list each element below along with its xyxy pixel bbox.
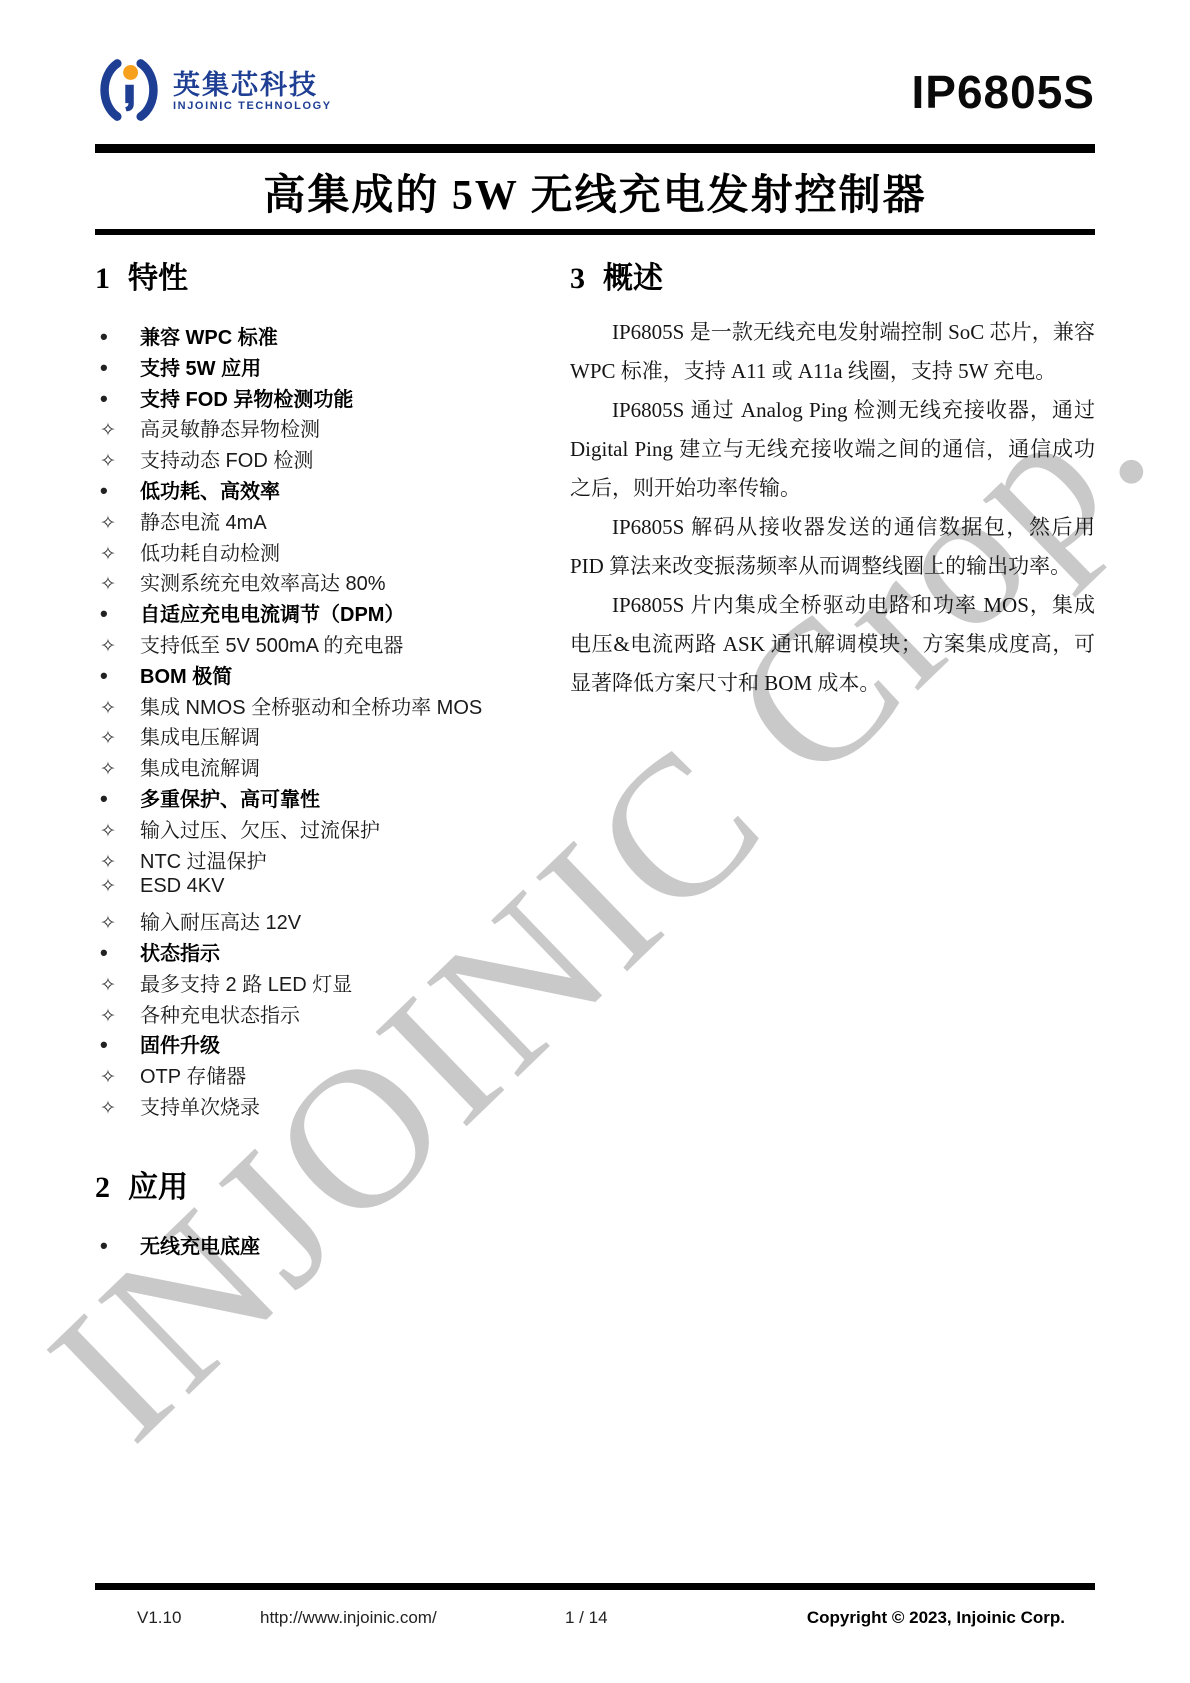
- applications-heading-text: 应用: [128, 1162, 188, 1206]
- diamond-icon: ✧: [95, 573, 140, 596]
- list-item: ✧ESD 4KV: [95, 875, 550, 906]
- overview-paragraph: IP6805S 片内集成全桥驱动电路和功率 MOS，集成电压&电流两路 ASK …: [570, 586, 1095, 703]
- overview-paragraph: IP6805S 解码从接收器发送的通信数据包，然后用 PID 算法来改变振荡频率…: [570, 508, 1095, 586]
- features-heading-text: 特性: [128, 253, 188, 297]
- list-item: ✧实测系统充电效率高达 80%: [95, 567, 550, 598]
- diamond-icon: ✧: [95, 820, 140, 843]
- diamond-icon: ✧: [95, 697, 140, 720]
- bullet-icon: •: [95, 355, 140, 381]
- bullet-icon: •: [95, 1032, 140, 1058]
- list-item-text: 支持单次烧录: [140, 1091, 260, 1120]
- diamond-icon: ✧: [95, 450, 140, 473]
- bullet-icon: •: [95, 324, 140, 350]
- page-footer: V1.10 http://www.injoinic.com/ 1 / 14 Co…: [95, 1583, 1095, 1648]
- list-item: ✧集成 NMOS 全桥驱动和全桥功率 MOS: [95, 691, 550, 722]
- list-item-text: 高灵敏静态异物检测: [140, 413, 320, 442]
- diamond-icon: ✧: [95, 635, 140, 658]
- list-item: ✧支持低至 5V 500mA 的充电器: [95, 629, 550, 660]
- footer-divider-bar: [95, 1583, 1095, 1590]
- list-item: •多重保护、高可靠性: [95, 783, 550, 814]
- list-item-text: BOM 极简: [140, 660, 232, 689]
- bullet-icon: •: [95, 786, 140, 812]
- list-item: ✧集成电流解调: [95, 752, 550, 783]
- diamond-icon: ✧: [95, 1097, 140, 1120]
- applications-heading-number: 2: [95, 1171, 110, 1205]
- datasheet-page: INJOINIC Crop. 英集芯科技 INJOINIC TECHNOLOGY: [0, 0, 1190, 1683]
- list-item: ✧输入耐压高达 12V: [95, 906, 550, 937]
- list-item-text: 兼容 WPC 标准: [140, 321, 278, 350]
- list-item-text: 集成 NMOS 全桥驱动和全桥功率 MOS: [140, 691, 482, 720]
- list-item: •状态指示: [95, 937, 550, 968]
- list-item-text: 多重保护、高可靠性: [140, 783, 320, 812]
- list-item-text: 状态指示: [140, 937, 220, 966]
- footer-url: http://www.injoinic.com/: [260, 1608, 437, 1628]
- diamond-icon: ✧: [95, 512, 140, 535]
- bullet-icon: •: [95, 663, 140, 689]
- list-item-text: 输入过压、欠压、过流保护: [140, 814, 380, 843]
- list-item-text: 输入耐压高达 12V: [140, 906, 301, 935]
- list-item-text: 低功耗、高效率: [140, 475, 280, 504]
- bullet-icon: •: [95, 601, 140, 627]
- list-item-text: 静态电流 4mA: [140, 506, 267, 535]
- diamond-icon: ✧: [95, 419, 140, 442]
- features-heading-number: 1: [95, 262, 110, 296]
- features-list: •兼容 WPC 标准•支持 5W 应用•支持 FOD 异物检测功能✧高灵敏静态异…: [95, 321, 550, 1122]
- diamond-icon: ✧: [95, 727, 140, 750]
- overview-heading-text: 概述: [603, 253, 663, 297]
- list-item-text: ESD 4KV: [140, 875, 224, 898]
- list-item-text: 支持 FOD 异物检测功能: [140, 383, 353, 412]
- list-item: •固件升级: [95, 1029, 550, 1060]
- list-item-text: 自适应充电电流调节（DPM）: [140, 598, 404, 627]
- list-item: ✧各种充电状态指示: [95, 999, 550, 1030]
- list-item: ✧最多支持 2 路 LED 灯显: [95, 968, 550, 999]
- list-item-text: 支持动态 FOD 检测: [140, 444, 313, 473]
- list-item-text: 支持 5W 应用: [140, 352, 261, 381]
- list-item-text: NTC 过温保护: [140, 845, 267, 874]
- diamond-icon: ✧: [95, 875, 140, 898]
- part-number: IP6805S: [912, 65, 1095, 119]
- bullet-icon: •: [95, 940, 140, 966]
- list-item-text: 支持低至 5V 500mA 的充电器: [140, 629, 403, 658]
- list-item: •兼容 WPC 标准: [95, 321, 550, 352]
- company-name-en: INJOINIC TECHNOLOGY: [173, 99, 332, 113]
- applications-section: 2 应用 •无线充电底座: [95, 1162, 550, 1264]
- list-item: ✧输入过压、欠压、过流保护: [95, 814, 550, 845]
- list-item-text: 集成电压解调: [140, 721, 260, 750]
- list-item-text: 无线充电底座: [140, 1230, 260, 1259]
- list-item: ✧高灵敏静态异物检测: [95, 413, 550, 444]
- list-item-text: 各种充电状态指示: [140, 999, 300, 1028]
- diamond-icon: ✧: [95, 758, 140, 781]
- list-item-text: 集成电流解调: [140, 752, 260, 781]
- document-title: 高集成的 5W 无线充电发射控制器: [95, 153, 1095, 229]
- overview-heading-number: 3: [570, 262, 585, 296]
- list-item-text: 低功耗自动检测: [140, 537, 280, 566]
- company-name-cn: 英集芯科技: [173, 71, 332, 99]
- list-item: ✧支持动态 FOD 检测: [95, 444, 550, 475]
- diamond-icon: ✧: [95, 1005, 140, 1028]
- list-item: •支持 5W 应用: [95, 352, 550, 383]
- applications-list: •无线充电底座: [95, 1230, 550, 1264]
- diamond-icon: ✧: [95, 974, 140, 997]
- list-item-text: 固件升级: [140, 1029, 220, 1058]
- company-logo: 英集芯科技 INJOINIC TECHNOLOGY: [95, 56, 332, 129]
- list-item-text: OTP 存储器: [140, 1060, 246, 1089]
- logo-icon: [95, 56, 163, 129]
- diamond-icon: ✧: [95, 1066, 140, 1089]
- bullet-icon: •: [95, 386, 140, 412]
- bullet-icon: •: [95, 478, 140, 504]
- list-item: •无线充电底座: [95, 1230, 550, 1264]
- header-divider-bar: [95, 144, 1095, 153]
- applications-heading: 2 应用: [95, 1162, 550, 1206]
- list-item-text: 最多支持 2 路 LED 灯显: [140, 968, 352, 997]
- bullet-icon: •: [95, 1233, 140, 1259]
- overview-heading: 3 概述: [570, 253, 1095, 297]
- list-item: ✧低功耗自动检测: [95, 537, 550, 568]
- page-header: 英集芯科技 INJOINIC TECHNOLOGY IP6805S: [95, 52, 1095, 132]
- diamond-icon: ✧: [95, 912, 140, 935]
- list-item: ✧支持单次烧录: [95, 1091, 550, 1122]
- list-item: •BOM 极简: [95, 660, 550, 691]
- list-item: •低功耗、高效率: [95, 475, 550, 506]
- list-item: •自适应充电电流调节（DPM）: [95, 598, 550, 629]
- overview-body: IP6805S 是一款无线充电发射端控制 SoC 芯片，兼容 WPC 标准，支持…: [570, 313, 1095, 703]
- title-divider-bar: [95, 229, 1095, 235]
- diamond-icon: ✧: [95, 543, 140, 566]
- list-item: •支持 FOD 异物检测功能: [95, 383, 550, 414]
- list-item: ✧OTP 存储器: [95, 1060, 550, 1091]
- overview-paragraph: IP6805S 通过 Analog Ping 检测无线充接收器，通过 Digit…: [570, 391, 1095, 508]
- diamond-icon: ✧: [95, 851, 140, 874]
- overview-paragraph: IP6805S 是一款无线充电发射端控制 SoC 芯片，兼容 WPC 标准，支持…: [570, 313, 1095, 391]
- list-item: ✧集成电压解调: [95, 721, 550, 752]
- footer-version: V1.10: [137, 1608, 181, 1628]
- footer-copyright: Copyright © 2023, Injoinic Corp.: [807, 1608, 1065, 1628]
- list-item-text: 实测系统充电效率高达 80%: [140, 567, 386, 596]
- features-heading: 1 特性: [95, 253, 550, 297]
- list-item: ✧NTC 过温保护: [95, 845, 550, 876]
- footer-page-number: 1 / 14: [565, 1608, 608, 1628]
- list-item: ✧静态电流 4mA: [95, 506, 550, 537]
